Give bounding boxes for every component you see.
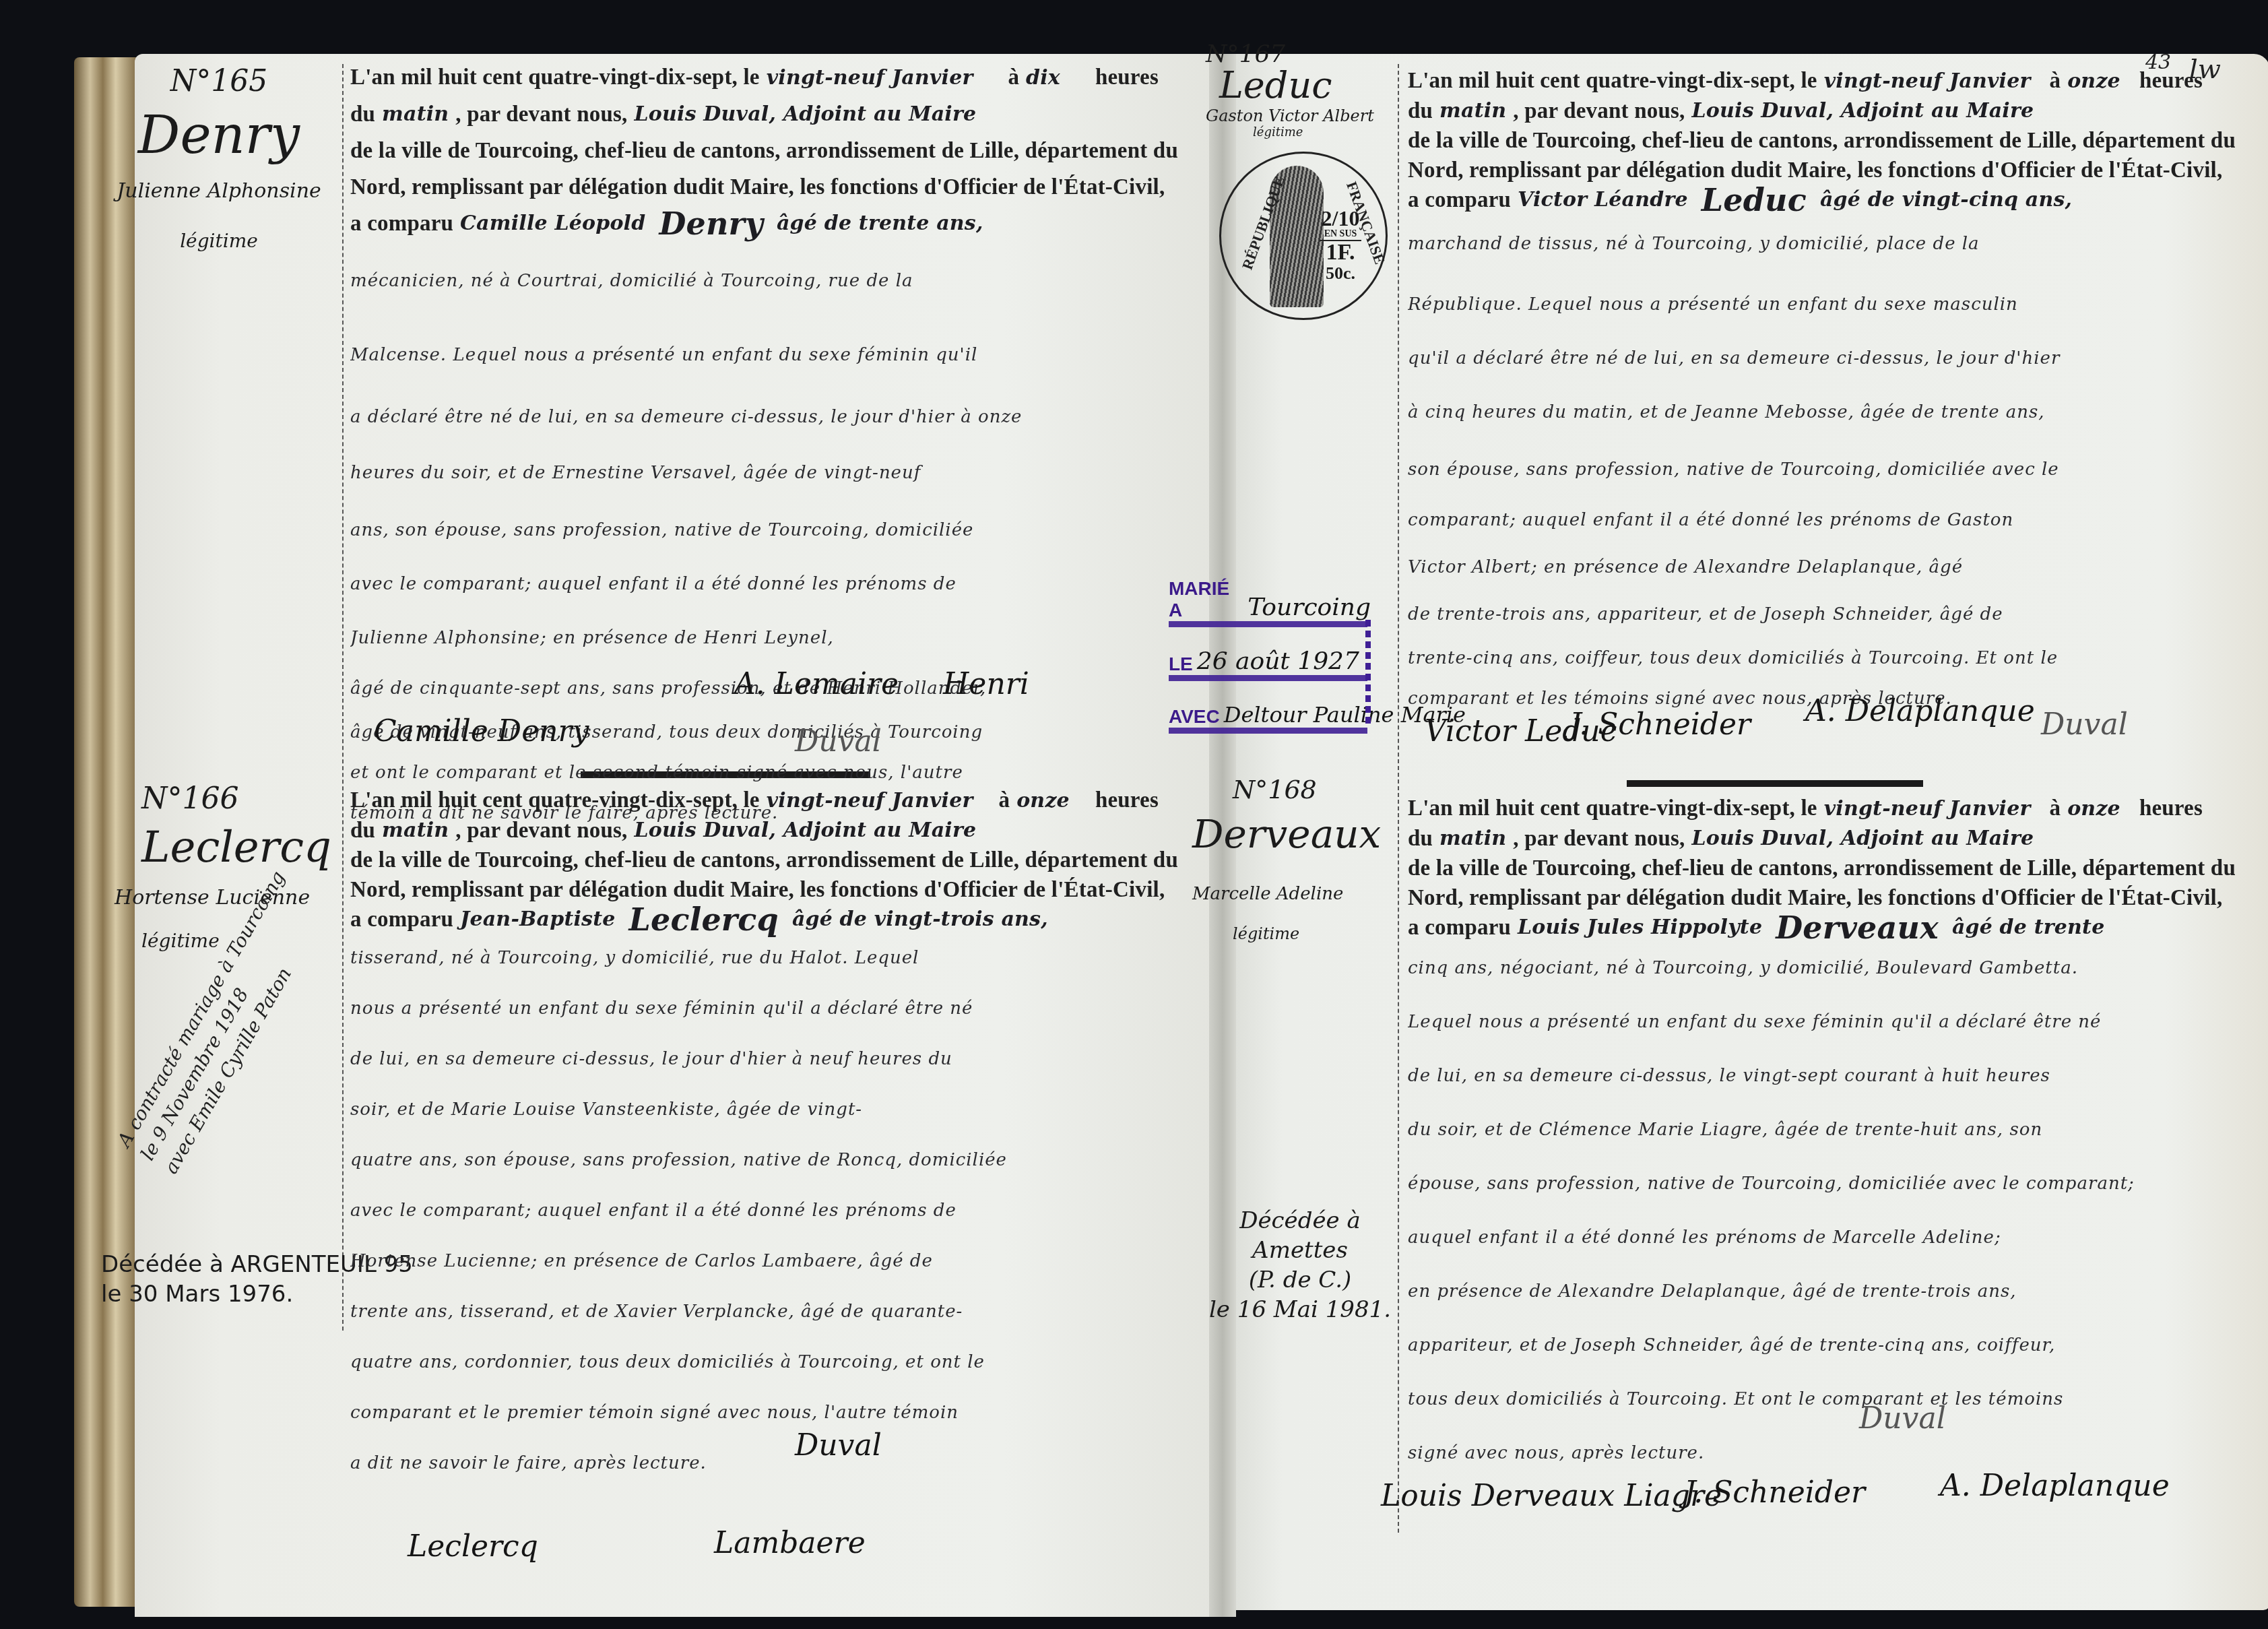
margin-entry-165: N°165 Denry Julienne Alphonsine légitime [98,64,340,252]
entry-167-body: L'an mil huit cent quatre-vingt-dix-sept… [1408,67,2203,719]
signature: Duval [2041,707,2128,742]
handwritten-line: ans, son épouse, sans profession, native… [350,503,1159,557]
handwritten-line: soir, et de Marie Louise Vansteenkiste, … [350,1085,1159,1135]
printed-line-2: dumatin , par devant nous,Louis Duval, A… [350,101,1159,128]
handwritten-line: République. Lequel nous a présenté un en… [1408,274,2203,335]
handwritten-line: Malcense. Lequel nous a présenté un enfa… [350,318,1159,392]
signature: A. Delaplanque [1940,1469,2170,1503]
printed-line-5: a comparu Louis Jules Hippolyte Derveaux… [1408,914,2203,941]
printed-line-3: de la ville de Tourcoing, chef-lieu de c… [1408,127,2203,154]
handwritten-line: avec le comparant; auquel enfant il a ét… [350,557,1159,611]
printed-line-5: a comparu Jean-Baptiste Leclercq âgé de … [350,906,1159,933]
seal-value-box: 2/10 EN SUS 1F. 50c. [1320,207,1361,309]
signature: A. Lemaire [734,667,899,701]
handwritten-line: a déclaré être né de lui, en sa demeure … [350,392,1159,443]
handwritten-line: Hortense Lucienne; en présence de Carlos… [350,1236,1159,1287]
printed-line-4: Nord, remplissant par délégation dudit M… [350,876,1159,903]
signature: Leclercq [408,1529,538,1564]
handwritten-line: heures du soir, et de Ernestine Versavel… [350,443,1159,503]
entry-separator [1627,780,1923,787]
handwritten-line: mécanicien, né à Courtrai, domicilié à T… [350,244,1159,318]
handwritten-line: Victor Albert; en présence de Alexandre … [1408,544,2203,591]
entry-168-body: L'an mil huit cent quatre-vingt-dix-sept… [1408,795,2203,1480]
death-annotation: Décédée à Amettes (P. de C.) le 16 Mai 1… [1199,1206,1401,1324]
entry-status: légitime [1206,125,1401,139]
handwritten-line: appariteur, et de Joseph Schneider, âgé … [1408,1318,2203,1372]
signature: Lambaere [714,1526,866,1560]
signature: J. Schneider [1684,1475,1865,1510]
entry-surname: Leduc [1206,64,1401,106]
handwritten-line: du soir, et de Clémence Marie Liagre, âg… [1408,1103,2203,1157]
printed-line-2: dumatin , par devant nous,Louis Duval, A… [350,817,1159,844]
printed-line-1: L'an mil huit cent quatre-vingt-dix-sept… [1408,67,2203,95]
handwritten-line: son épouse, sans profession, native de T… [1408,443,2203,497]
handwritten-line: tous deux domiciliés à Tourcoing. Et ont… [1408,1372,2203,1426]
signature: Duval [795,724,882,759]
entry-number: N°168 [1233,775,1401,804]
handwritten-line: comparant; auquel enfant il a été donné … [1408,497,2203,544]
signature: J. Schneider [1569,707,1751,742]
handwritten-line: qu'il a déclaré être né de lui, en sa de… [1408,335,2203,382]
signature: Camille Denry [374,714,589,748]
handwritten-line: quatre ans, cordonnier, tous deux domici… [350,1337,1159,1388]
printed-line-3: de la ville de Tourcoing, chef-lieu de c… [350,847,1159,874]
handwritten-line: Julienne Alphonsine; en présence de Henr… [350,611,1159,665]
printed-line-5: a comparu Victor Léandre Leduc âgé de vi… [1408,187,2203,214]
signature: A. Delaplanque [1805,694,2035,728]
printed-line-1: L'an mil huit cent quatre-vingt-dix-sept… [350,64,1159,92]
entry-surname: Leclercq [141,823,330,872]
printed-line-4: Nord, remplissant par délégation dudit M… [1408,885,2203,912]
stamp-label-married: MARIÉ A [1169,578,1243,621]
handwritten-line: en présence de Alexandre Delaplanque, âg… [1408,1265,2203,1318]
handwritten-line: cinq ans, négociant, né à Tourcoing, y d… [1408,941,2203,995]
marriage-stamp: MARIÉ A Tourcoing LE 26 août 1927 AVEC D… [1169,579,1371,721]
margin-line-left [342,64,344,1331]
handwritten-line: à cinq heures du matin, et de Jeanne Meb… [1408,382,2203,443]
printed-line-2: dumatin , par devant nous,Louis Duval, A… [1408,98,2203,125]
handwritten-line: auquel enfant il a été donné les prénoms… [1408,1211,2203,1265]
handwritten-line: épouse, sans profession, native de Tourc… [1408,1157,2203,1211]
handwritten-line: nous a présenté un enfant du sexe fémini… [350,984,1159,1034]
printed-line-1: L'an mil huit cent quatre-vingt-dix-sept… [350,787,1159,814]
handwritten-line: tisserand, né à Tourcoing, y domicilié, … [350,933,1159,984]
stamp-label-with: AVEC [1169,706,1220,728]
signature: Henri [943,667,1029,701]
printed-line-3: de la ville de Tourcoing, chef-lieu de c… [350,137,1159,164]
printed-line-2: dumatin , par devant nous,Louis Duval, A… [1408,825,2203,852]
stamp-label-date: LE [1169,653,1193,675]
entry-surname: Derveaux [1192,811,1401,857]
handwritten-line: a dit ne savoir le faire, après lecture. [350,1438,1159,1489]
signature: Duval [795,1428,882,1463]
fiscal-stamp-seal: RÉPUBLIQUE FRANÇAISE 2/10 EN SUS 1F. 50c… [1219,152,1388,320]
entry-given-names: Julienne Alphonsine [98,179,340,203]
entry-given-names: Gaston Victor Albert [1206,106,1401,125]
entry-given-names: Marcelle Adeline [1192,884,1401,904]
handwritten-line: quatre ans, son épouse, sans profession,… [350,1135,1159,1186]
stamp-married-date: 26 août 1927 [1197,647,1359,675]
printed-line-4: Nord, remplissant par délégation dudit M… [350,174,1159,201]
handwritten-line: Lequel nous a présenté un enfant du sexe… [1408,995,2203,1049]
printed-line-3: de la ville de Tourcoing, chef-lieu de c… [1408,855,2203,882]
entry-status: légitime [1233,924,1401,943]
printed-line-1: L'an mil huit cent quatre-vingt-dix-sept… [1408,795,2203,823]
handwritten-line: de lui, en sa demeure ci-dessus, le jour… [350,1034,1159,1085]
entry-status: légitime [98,230,340,252]
entry-166-body: L'an mil huit cent quatre-vingt-dix-sept… [350,787,1159,1489]
handwritten-line: marchand de tissus, né à Tourcoing, y do… [1408,214,2203,274]
entry-number: N°166 [141,781,330,816]
printed-line-4: Nord, remplissant par délégation dudit M… [1408,157,2203,184]
handwritten-line: de lui, en sa demeure ci-dessus, le ving… [1408,1049,2203,1103]
handwritten-line: avec le comparant; auquel enfant il a ét… [350,1186,1159,1236]
margin-entry-168: N°168 Derveaux Marcelle Adeline légitime [1186,775,1401,943]
handwritten-line: trente ans, tisserand, et de Xavier Verp… [350,1287,1159,1337]
signature: Duval [1859,1401,1946,1436]
margin-entry-167: N°167 Leduc Gaston Victor Albert légitim… [1186,40,1401,139]
printed-line-5: a comparu Camille Léopold Denry âgé de t… [350,210,1159,237]
stamp-married-place: Tourcoing [1248,594,1371,621]
entry-surname: Denry [98,105,340,166]
handwritten-line: de trente-trois ans, appariteur, et de J… [1408,591,2203,638]
handwritten-line: trente-cinq ans, coiffeur, tous deux dom… [1408,638,2203,678]
handwritten-line: comparant et le premier témoin signé ave… [350,1388,1159,1438]
entry-number: N°165 [98,64,340,98]
signature: Louis Derveaux Liagre [1381,1479,1722,1513]
